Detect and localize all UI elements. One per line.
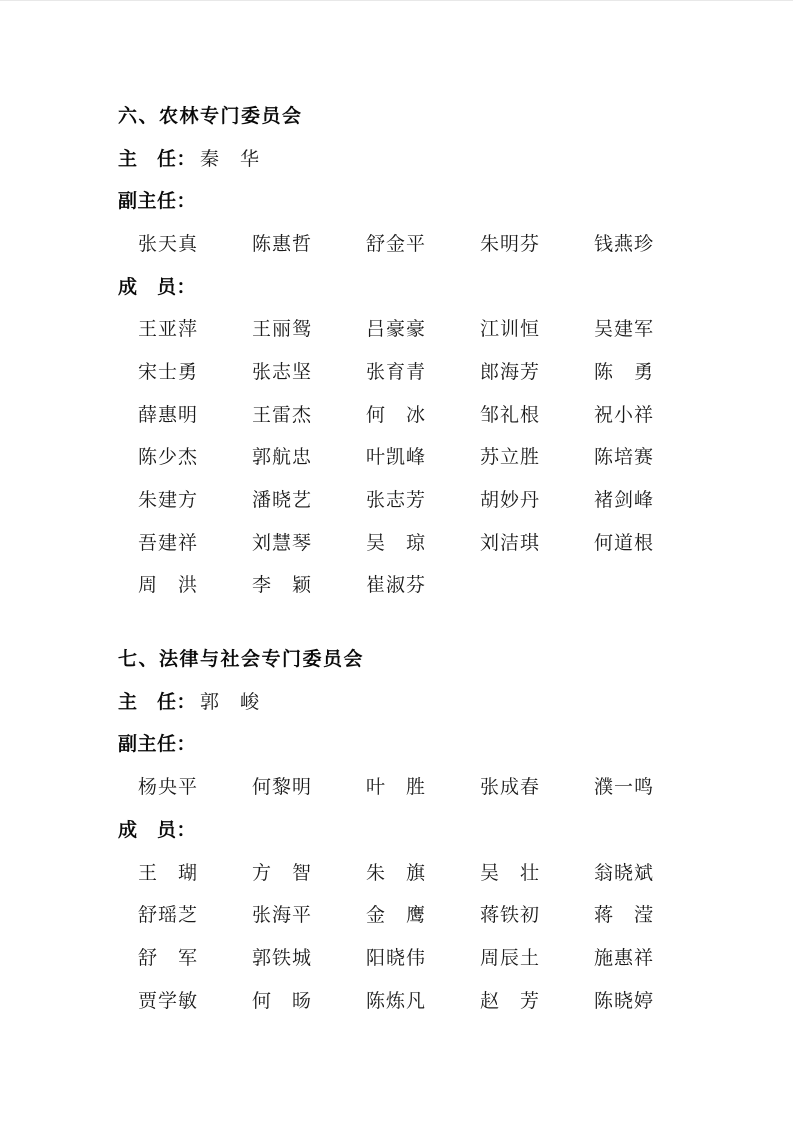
member-name: 邹礼根 <box>480 400 594 427</box>
member-name: 刘洁琪 <box>480 528 594 555</box>
member-name: 宋士勇 <box>138 357 252 384</box>
deputy-name: 舒金平 <box>366 229 480 256</box>
member-name: 何 旸 <box>252 986 366 1013</box>
member-name: 周 洪 <box>138 570 252 597</box>
member-name: 吴 壮 <box>480 858 594 885</box>
member-name: 方 智 <box>252 858 366 885</box>
deputy-name: 何黎明 <box>252 772 366 799</box>
member-names-row: 舒瑶芝张海平金 鹰蒋铁初蒋 滢 <box>0 892 793 935</box>
member-name: 张育青 <box>366 357 480 384</box>
member-name: 吴 琼 <box>366 528 480 555</box>
deputy-director-label: 副主任： <box>118 186 196 213</box>
deputy-name: 张成春 <box>480 772 594 799</box>
director-label: 主 任： <box>118 144 196 171</box>
deputy-label-line: 副主任： <box>0 722 793 765</box>
deputy-name: 叶 胜 <box>366 772 480 799</box>
member-name: 吾建祥 <box>138 528 252 555</box>
member-name: 蒋 滢 <box>594 900 708 927</box>
member-name: 王雷杰 <box>252 400 366 427</box>
section-heading-line: 七、法律与社会专门委员会 <box>0 636 793 679</box>
member-names-row: 朱建方潘晓艺张志芳胡妙丹褚剑峰 <box>0 477 793 520</box>
section-heading-line: 六、农林专门委员会 <box>0 93 793 136</box>
director-name: 郭 峻 <box>200 687 260 714</box>
member-name: 朱 旗 <box>366 858 480 885</box>
member-name: 阳晓伟 <box>366 943 480 970</box>
member-name: 吕豪豪 <box>366 314 480 341</box>
section-heading: 七、法律与社会专门委员会 <box>118 644 364 671</box>
deputy-name: 张天真 <box>138 229 252 256</box>
member-name: 李 颖 <box>252 570 366 597</box>
member-names-row: 王 瑚方 智朱 旗吴 壮翁晓斌 <box>0 850 793 893</box>
committee-section: 六、农林专门委员会主 任：秦 华副主任：张天真陈惠哲舒金平朱明芬钱燕珍成 员：王… <box>0 93 793 605</box>
member-name: 陈少杰 <box>138 442 252 469</box>
member-name: 祝小祥 <box>594 400 708 427</box>
director-line: 主 任：秦 华 <box>0 136 793 179</box>
member-names-row: 贾学敏何 旸陈炼凡赵 芳陈晓婷 <box>0 978 793 1021</box>
member-name: 郎海芳 <box>480 357 594 384</box>
member-name: 舒瑶芝 <box>138 900 252 927</box>
members-label: 成 员： <box>118 815 196 842</box>
document-page: 六、农林专门委员会主 任：秦 华副主任：张天真陈惠哲舒金平朱明芬钱燕珍成 员：王… <box>0 0 793 1122</box>
members-label-line: 成 员： <box>0 807 793 850</box>
member-name: 蒋铁初 <box>480 900 594 927</box>
members-label: 成 员： <box>118 272 196 299</box>
member-names-row: 薛惠明王雷杰何 冰邹礼根祝小祥 <box>0 392 793 435</box>
member-name: 舒 军 <box>138 943 252 970</box>
member-names-row: 周 洪李 颖崔淑芬 <box>0 563 793 606</box>
member-name: 周辰土 <box>480 943 594 970</box>
section-spacer <box>0 605 793 636</box>
section-heading: 六、农林专门委员会 <box>118 101 303 128</box>
member-names-row: 陈少杰郭航忠叶凯峰苏立胜陈培赛 <box>0 435 793 478</box>
member-name: 张海平 <box>252 900 366 927</box>
deputy-name: 陈惠哲 <box>252 229 366 256</box>
director-name: 秦 华 <box>200 144 260 171</box>
director-line: 主 任：郭 峻 <box>0 679 793 722</box>
member-name: 赵 芳 <box>480 986 594 1013</box>
member-names-row: 宋士勇张志坚张育青郎海芳陈 勇 <box>0 349 793 392</box>
deputy-name: 朱明芬 <box>480 229 594 256</box>
member-name: 何道根 <box>594 528 708 555</box>
member-name: 薛惠明 <box>138 400 252 427</box>
member-name: 王亚萍 <box>138 314 252 341</box>
member-names-row: 吾建祥刘慧琴吴 琼刘洁琪何道根 <box>0 520 793 563</box>
member-name: 朱建方 <box>138 485 252 512</box>
deputy-name: 濮一鸣 <box>594 772 708 799</box>
member-name: 贾学敏 <box>138 986 252 1013</box>
deputy-director-label: 副主任： <box>118 729 196 756</box>
member-name: 苏立胜 <box>480 442 594 469</box>
member-name: 崔淑芬 <box>366 570 480 597</box>
member-name: 郭铁城 <box>252 943 366 970</box>
member-name: 潘晓艺 <box>252 485 366 512</box>
member-name: 胡妙丹 <box>480 485 594 512</box>
member-name: 金 鹰 <box>366 900 480 927</box>
member-name: 吴建军 <box>594 314 708 341</box>
member-name: 郭航忠 <box>252 442 366 469</box>
member-name: 陈 勇 <box>594 357 708 384</box>
deputy-names-row: 张天真陈惠哲舒金平朱明芬钱燕珍 <box>0 221 793 264</box>
member-name: 陈晓婷 <box>594 986 708 1013</box>
member-name: 叶凯峰 <box>366 442 480 469</box>
members-label-line: 成 员： <box>0 264 793 307</box>
deputy-name: 杨央平 <box>138 772 252 799</box>
member-name: 张志芳 <box>366 485 480 512</box>
document-content: 六、农林专门委员会主 任：秦 华副主任：张天真陈惠哲舒金平朱明芬钱燕珍成 员：王… <box>0 1 793 1020</box>
member-name: 陈炼凡 <box>366 986 480 1013</box>
member-name: 褚剑峰 <box>594 485 708 512</box>
deputy-name: 钱燕珍 <box>594 229 708 256</box>
member-name: 王丽鸳 <box>252 314 366 341</box>
member-names-row: 舒 军郭铁城阳晓伟周辰土施惠祥 <box>0 935 793 978</box>
member-name: 何 冰 <box>366 400 480 427</box>
member-name: 江训恒 <box>480 314 594 341</box>
deputy-names-row: 杨央平何黎明叶 胜张成春濮一鸣 <box>0 764 793 807</box>
member-name: 陈培赛 <box>594 442 708 469</box>
member-name: 翁晓斌 <box>594 858 708 885</box>
member-name: 施惠祥 <box>594 943 708 970</box>
member-name: 王 瑚 <box>138 858 252 885</box>
committee-section: 七、法律与社会专门委员会主 任：郭 峻副主任：杨央平何黎明叶 胜张成春濮一鸣成 … <box>0 636 793 1020</box>
member-name: 刘慧琴 <box>252 528 366 555</box>
deputy-label-line: 副主任： <box>0 178 793 221</box>
member-names-row: 王亚萍王丽鸳吕豪豪江训恒吴建军 <box>0 306 793 349</box>
director-label: 主 任： <box>118 687 196 714</box>
member-name: 张志坚 <box>252 357 366 384</box>
